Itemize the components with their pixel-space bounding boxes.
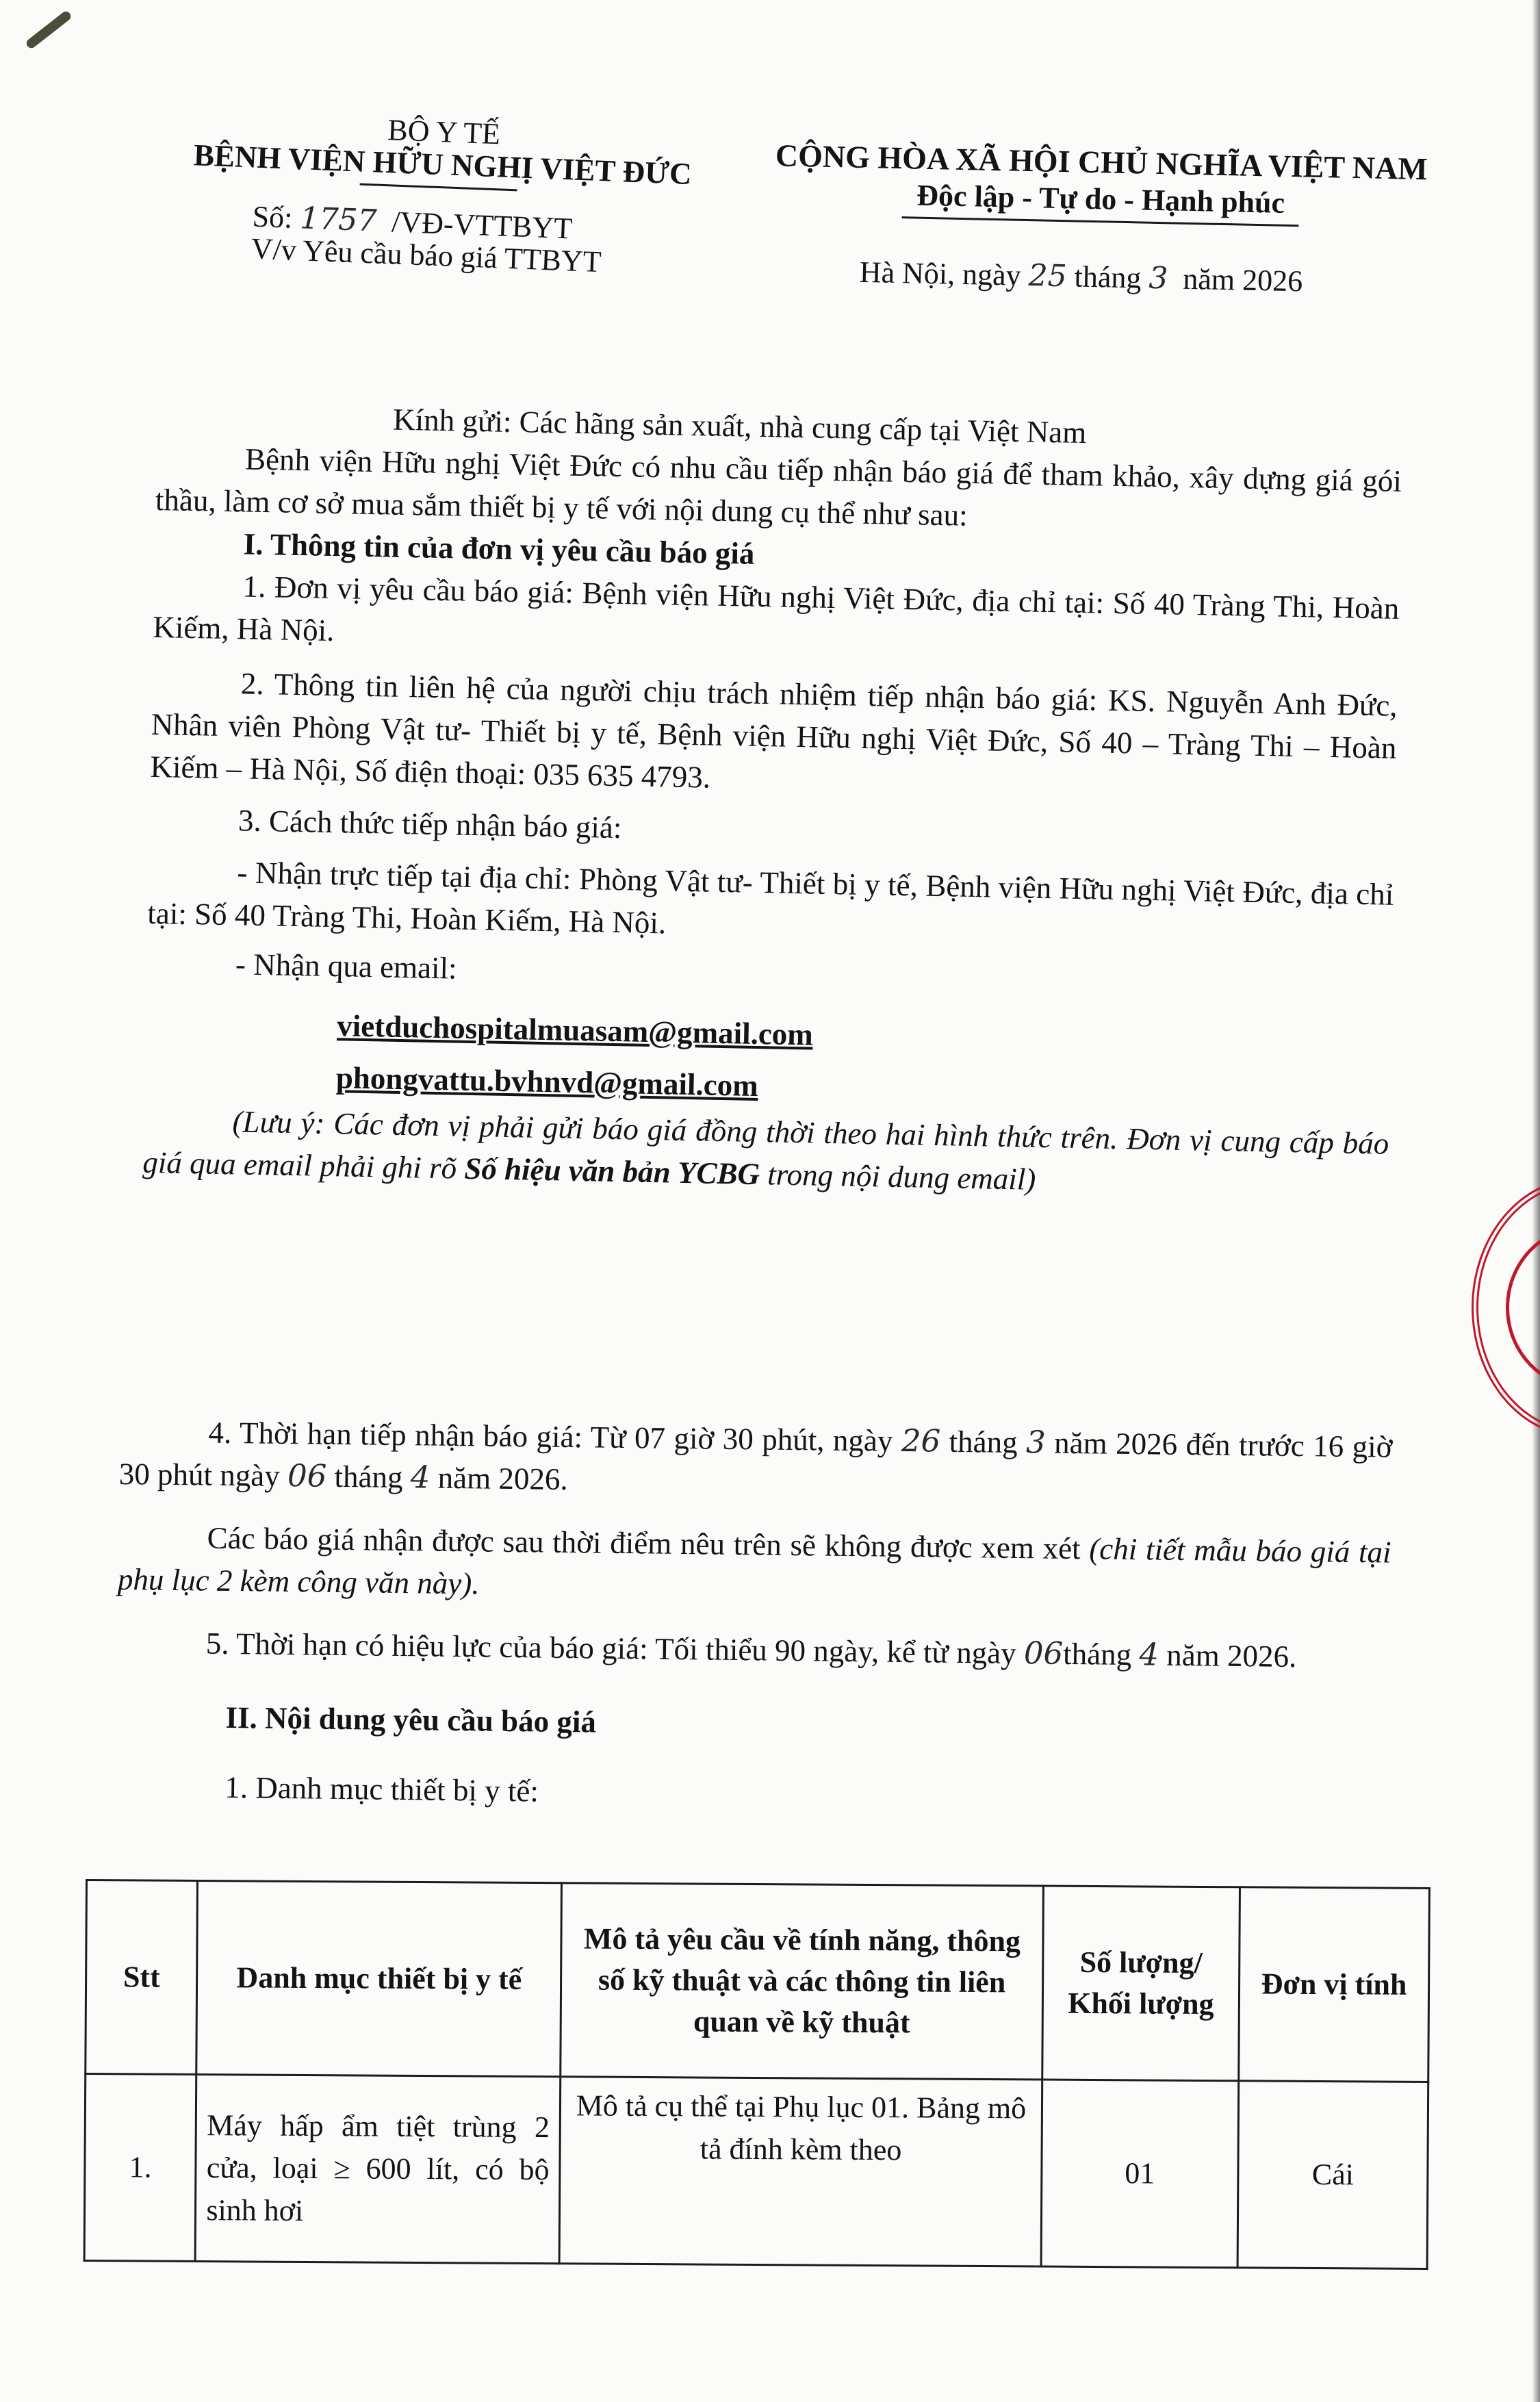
item4-start-day-handwritten: 26 (901, 1422, 941, 1459)
table-row: 1. Máy hấp ẩm tiệt trùng 2 cửa, loại ≥ 6… (84, 2074, 1428, 2269)
section1-item3-direct: - Nhận trực tiếp tại địa chỉ: Phòng Vật … (147, 849, 1394, 958)
date-prefix: Hà Nội, ngày (859, 255, 1021, 292)
email-list: vietduchospitalmuasam@gmail.com phongvat… (144, 1004, 1391, 1116)
email-link-procurement[interactable]: vietduchospitalmuasam@gmail.com (337, 1008, 1391, 1064)
letter-body-bottom: 4. Thời hạn tiếp nhận báo giá: Từ 07 giờ… (115, 1410, 1393, 1823)
item5-day-handwritten: 06 (1024, 1635, 1064, 1672)
issuer-header: BỘ Y TẾ BỆNH VIỆN HỮU NGHỊ VIỆT ĐỨC Số: … (131, 103, 752, 285)
late-submission-notice: Các báo giá nhận được sau thời điểm nêu … (118, 1516, 1391, 1616)
item5-text: năm 2026. (1159, 1638, 1297, 1674)
date-month-handwritten: 3 (1148, 261, 1168, 296)
item4-text: tháng (326, 1459, 411, 1494)
item5-text: 5. Thời hạn có hiệu lực của báo giá: Tối… (206, 1626, 1025, 1671)
item4-end-day-handwritten: 06 (287, 1457, 327, 1494)
item4-end-month-handwritten: 4 (410, 1459, 430, 1495)
cell-stt: 1. (84, 2074, 196, 2262)
item5-month-handwritten: 4 (1139, 1636, 1159, 1672)
pen-mark (25, 10, 73, 50)
late-notice-text: Các báo giá nhận được sau thời điểm nêu … (207, 1521, 1089, 1566)
national-header: CỘNG HÒA XÃ HỘI CHỦ NGHĨA VIỆT NAM Độc l… (763, 137, 1437, 301)
cell-unit: Cái (1237, 2081, 1428, 2269)
cell-quantity: 01 (1041, 2080, 1239, 2268)
date-year: năm 2026 (1183, 262, 1303, 298)
submission-note: (Lưu ý: Các đơn vị phải gửi báo giá đồng… (142, 1099, 1389, 1208)
item4-start-month-handwritten: 3 (1026, 1424, 1046, 1460)
item4-text: năm 2026. (430, 1461, 568, 1496)
scanned-document-page: BỘ Y TẾ BỆNH VIỆN HỮU NGHỊ VIỆT ĐỨC Số: … (0, 0, 1540, 2402)
doc-number-label: Số: (252, 200, 294, 235)
item5-text: tháng (1063, 1637, 1140, 1672)
section1-item5: 5. Thời hạn có hiệu lực của báo giá: Tối… (116, 1621, 1390, 1679)
cell-description: Mô tả cụ thể tại Phụ lục 01. Bảng mô tả … (559, 2077, 1042, 2266)
section1-item2: 2. Thông tin liên hệ của người chịu trác… (150, 661, 1398, 812)
col-header-quantity: Số lượng/ Khối lượng (1042, 1886, 1240, 2081)
section2-subheading: 1. Danh mục thiết bị y tế: (115, 1765, 1389, 1823)
col-header-description: Mô tả yêu cầu về tính năng, thông số kỹ … (561, 1883, 1043, 2080)
equipment-table: Stt Danh mục thiết bị y tế Mô tả yêu cầu… (84, 1879, 1430, 2270)
item4-text: tháng (940, 1424, 1027, 1460)
table-header-row: Stt Danh mục thiết bị y tế Mô tả yêu cầu… (86, 1880, 1430, 2082)
col-header-stt: Stt (86, 1880, 198, 2075)
item4-text: 4. Thời hạn tiếp nhận báo giá: Từ 07 giờ… (208, 1416, 901, 1458)
note-text-end: trong nội dung email) (760, 1157, 1036, 1197)
section2-heading: II. Nội dung yêu cầu báo giá (116, 1695, 1389, 1753)
date-month-label: tháng (1074, 259, 1142, 294)
section1-item4: 4. Thời hạn tiếp nhận báo giá: Từ 07 giờ… (118, 1410, 1392, 1511)
col-header-unit: Đơn vị tính (1239, 1887, 1430, 2082)
date-day-handwritten: 25 (1028, 258, 1067, 294)
cell-equipment-name: Máy hấp ẩm tiệt trùng 2 cửa, loại ≥ 600 … (195, 2074, 561, 2263)
note-emphasis: Số hiệu văn bản YCBG (464, 1151, 760, 1191)
letter-body-top: Kính gửi: Các hãng sản xuất, nhà cung cấ… (142, 394, 1403, 1208)
issuer-underline (360, 183, 517, 192)
col-header-equipment: Danh mục thiết bị y tế (196, 1881, 562, 2077)
dateline: Hà Nội, ngày 25 tháng 3 năm 2026 (859, 255, 1435, 302)
